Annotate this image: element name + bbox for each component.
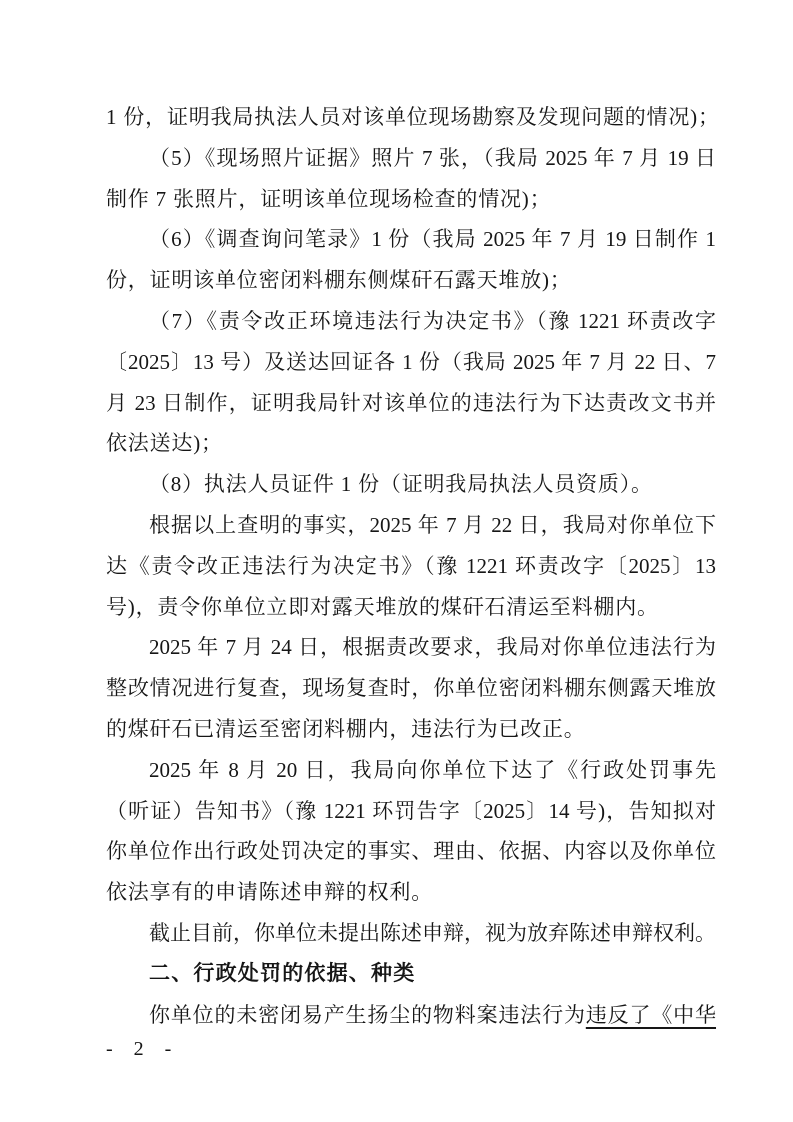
document-body: 1 份，证明我局执法人员对该单位现场勘察及发现问题的情况)； （5）《现场照片证… [106, 97, 716, 1035]
text-line: 1 份，证明我局执法人员对该单位现场勘察及发现问题的情况)； [106, 97, 716, 138]
text-line: 〔2025〕13 号）及送达回证各 1 份（我局 2025 年 7 月 22 日… [106, 342, 716, 383]
text-line: 2025 年 8 月 20 日，我局向你单位下达了《行政处罚事先 [106, 750, 716, 791]
text-line: 你单位作出行政处罚决定的事实、理由、依据、内容以及你单位 [106, 831, 716, 872]
text-line: 份，证明该单位密闭料棚东侧煤矸石露天堆放)； [106, 260, 716, 301]
closing-line-plain: 你单位的未密闭易产生扬尘的物料案违法行为 [149, 1003, 586, 1027]
text-line: 号)，责令你单位立即对露天堆放的煤矸石清运至料棚内。 [106, 587, 716, 628]
document-page: 1 份，证明我局执法人员对该单位现场勘察及发现问题的情况)； （5）《现场照片证… [0, 0, 793, 1122]
text-line: （听证）告知书》（豫 1221 环罚告字〔2025〕14 号)，告知拟对 [106, 791, 716, 832]
text-line: 达《责令改正违法行为决定书》（豫 1221 环责改字〔2025〕13 [106, 546, 716, 587]
text-line: 根据以上查明的事实，2025 年 7 月 22 日，我局对你单位下 [106, 505, 716, 546]
text-line: 整改情况进行复查，现场复查时，你单位密闭料棚东侧露天堆放 [106, 668, 716, 709]
text-line: 制作 7 张照片，证明该单位现场检查的情况)； [106, 179, 716, 220]
text-line: （6）《调查询问笔录》1 份（我局 2025 年 7 月 19 日制作 1 [106, 219, 716, 260]
text-line: 2025 年 7 月 24 日，根据责改要求，我局对你单位违法行为 [106, 627, 716, 668]
closing-line-underlined: 违反了《中华 [586, 1003, 716, 1027]
text-line: 截止目前，你单位未提出陈述申辩，视为放弃陈述申辩权利。 [106, 913, 716, 954]
text-line: 依法送达)； [106, 423, 716, 464]
text-line: （5）《现场照片证据》照片 7 张，（我局 2025 年 7 月 19 日 [106, 138, 716, 179]
text-line: （7）《责令改正环境违法行为决定书》（豫 1221 环责改字 [106, 301, 716, 342]
text-line: 的煤矸石已清运至密闭料棚内，违法行为已改正。 [106, 709, 716, 750]
text-line: （8）执法人员证件 1 份（证明我局执法人员资质）。 [106, 464, 716, 505]
text-line: 依法享有的申请陈述申辩的权利。 [106, 872, 716, 913]
text-line: 月 23 日制作，证明我局针对该单位的违法行为下达责改文书并 [106, 383, 716, 424]
text-line: 你单位的未密闭易产生扬尘的物料案违法行为违反了《中华 [106, 995, 716, 1036]
section-heading: 二、行政处罚的依据、种类 [106, 954, 716, 995]
page-number: - 2 - [106, 1036, 179, 1062]
